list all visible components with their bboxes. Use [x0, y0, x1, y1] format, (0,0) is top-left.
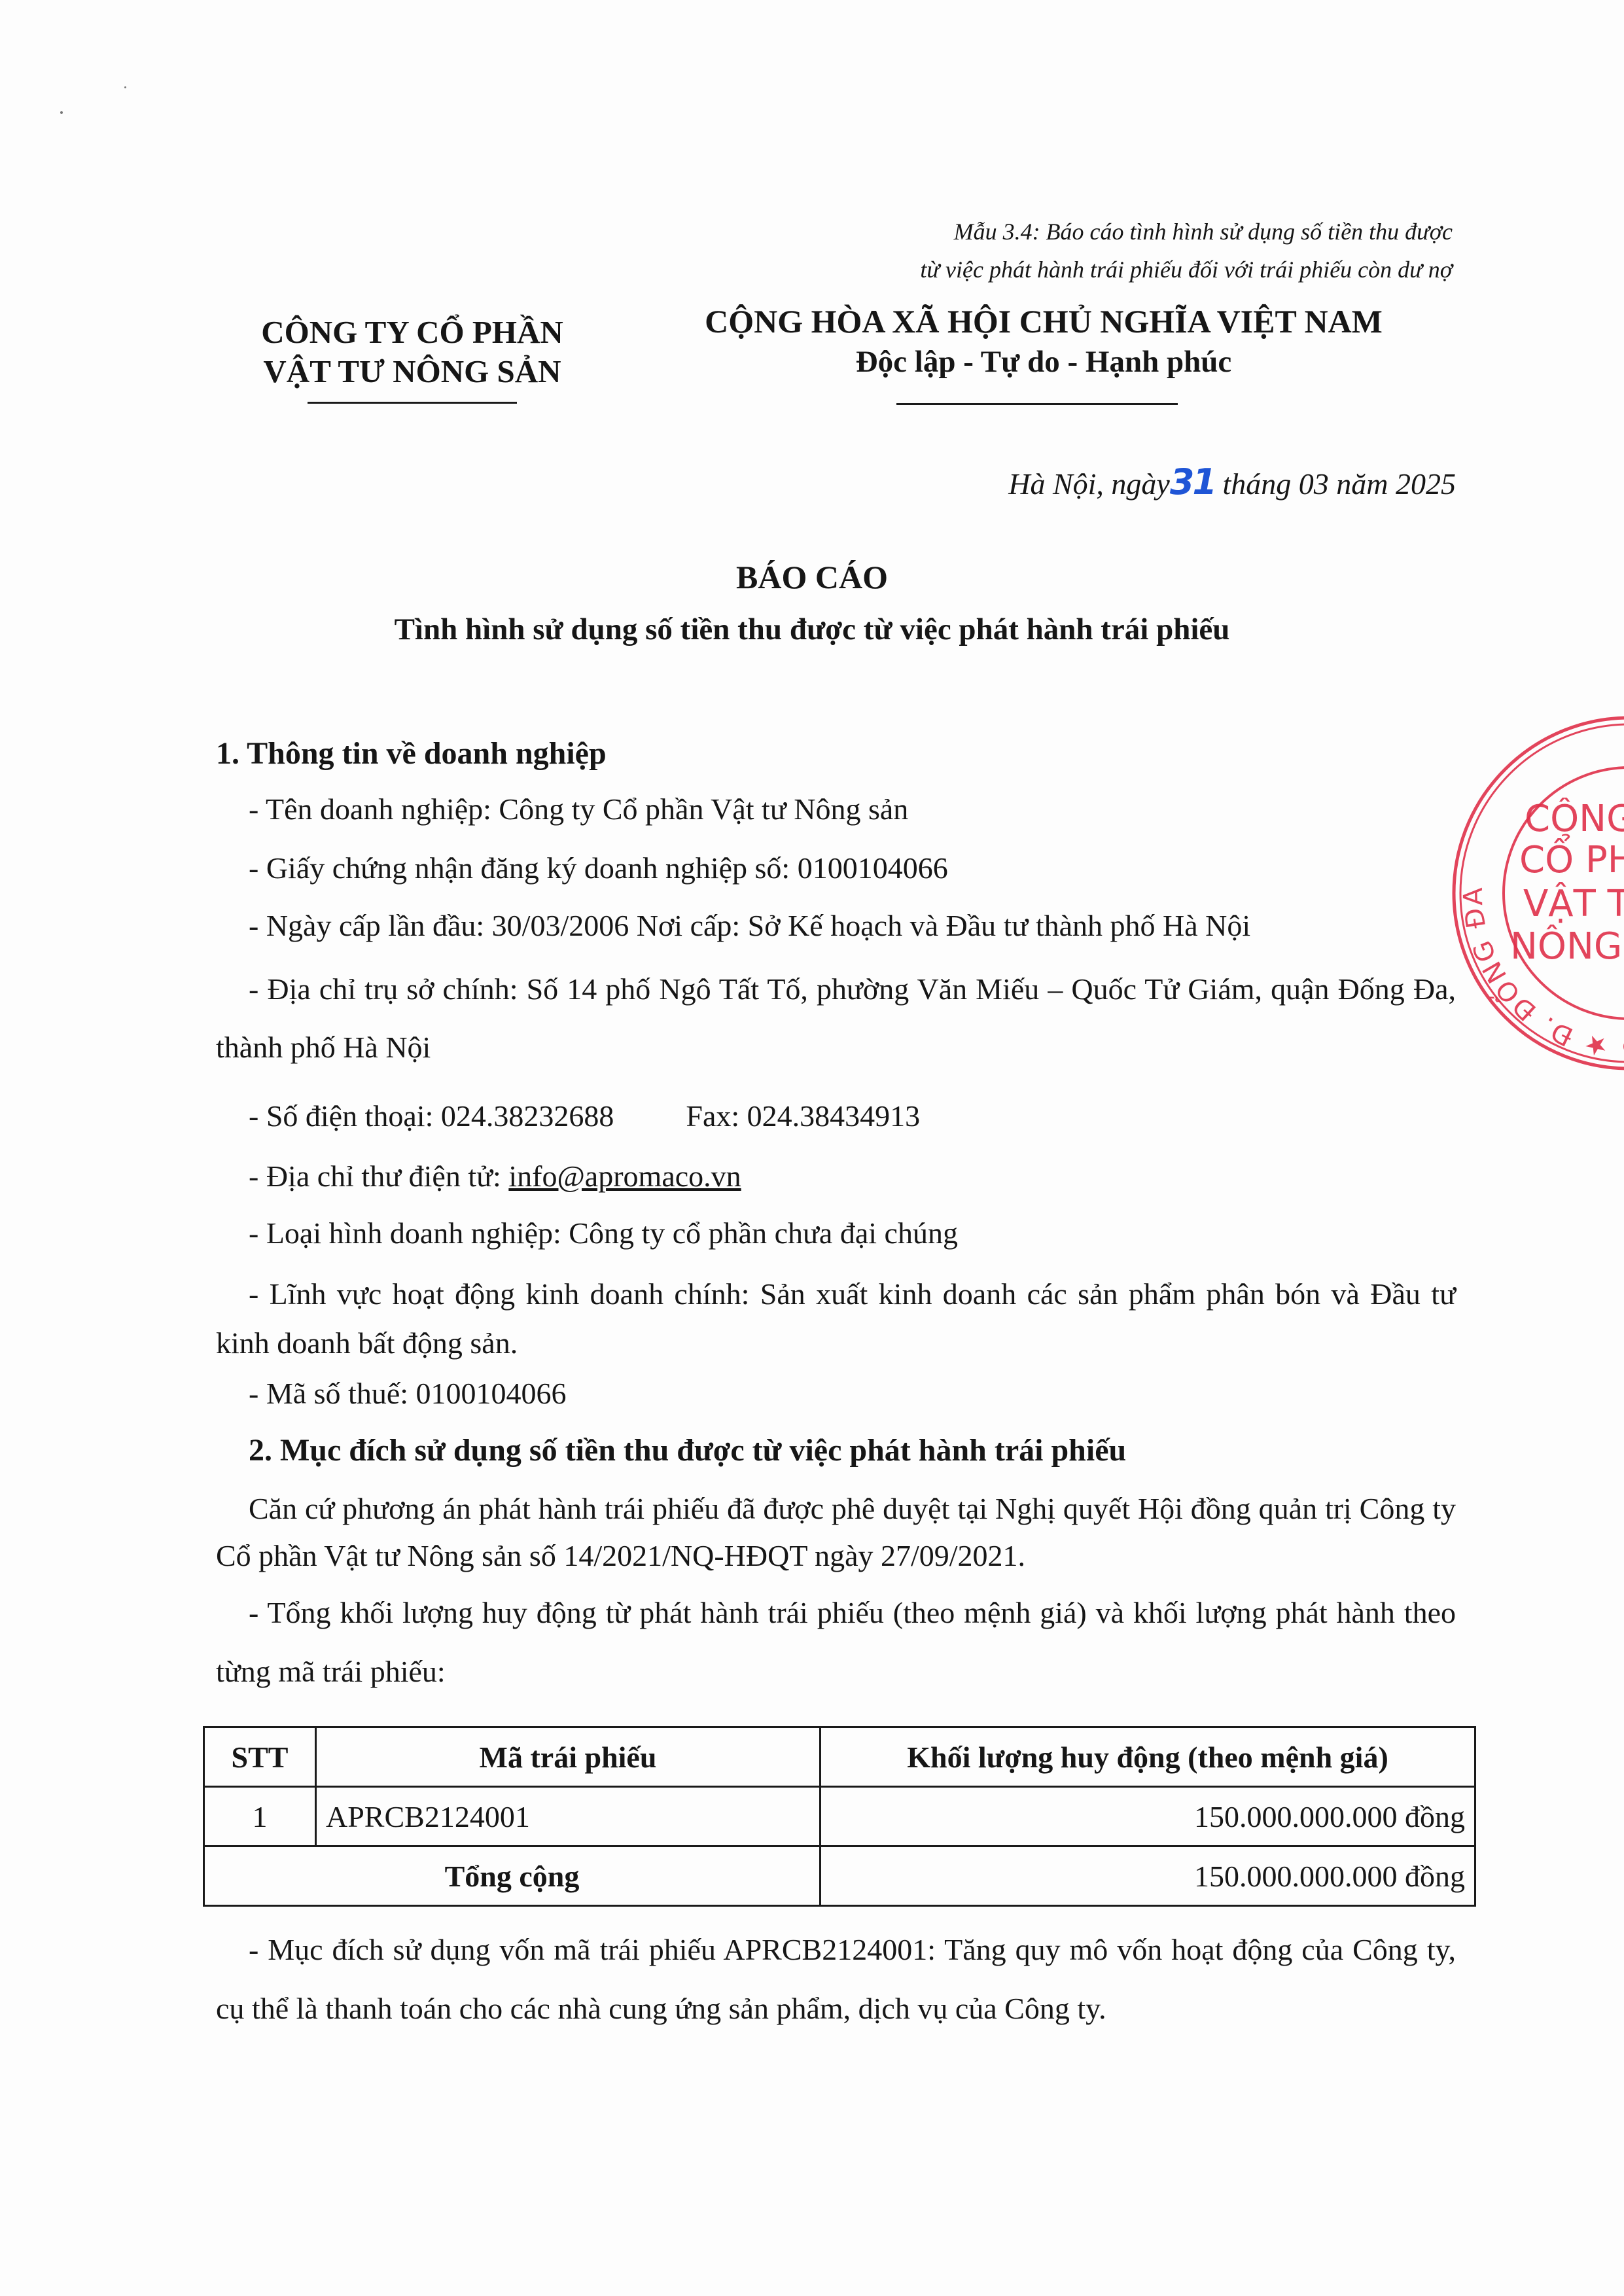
first-issued: - Ngày cấp lần đầu: 30/03/2006 Nơi cấp: …: [216, 906, 1456, 945]
head-office-address: - Địa chỉ trụ sở chính: Số 14 phố Ngô Tấ…: [216, 960, 1456, 1076]
issuer-header-line-1: CÔNG TY CỔ PHẦN: [216, 313, 609, 352]
handwritten-day: 31: [1170, 461, 1215, 503]
phone-number: - Số điện thoại: 024.38232688: [249, 1099, 614, 1133]
scan-speck: [124, 86, 126, 88]
column-header-stt: STT: [204, 1727, 316, 1787]
email-label: - Địa chỉ thư điện tử:: [249, 1159, 508, 1193]
stamp-line-2: CỔ PHẦN: [1519, 834, 1624, 881]
report-subtitle: Tình hình sử dụng số tiền thu được từ vi…: [0, 612, 1624, 647]
issuer-header-underline: [308, 402, 517, 404]
total-label: Tổng cộng: [204, 1846, 821, 1906]
column-header-amount: Khối lượng huy động (theo mệnh giá): [821, 1727, 1475, 1787]
stamp-line-3: VẬT TƯ: [1523, 883, 1624, 925]
tax-code: - Mã số thuế: 0100104066: [216, 1374, 1456, 1413]
phone-fax-line: - Số điện thoại: 024.38232688Fax: 024.38…: [216, 1097, 1456, 1136]
date-prefix: Hà Nội, ngày: [1008, 467, 1170, 501]
form-note-line-2: từ việc phát hành trái phiếu đối với trá…: [844, 251, 1453, 289]
email-line: - Địa chỉ thư điện tử: info@apromaco.vn: [216, 1157, 1456, 1196]
national-header: CỘNG HÒA XÃ HỘI CHỦ NGHĨA VIỆT NAM Độc l…: [661, 301, 1426, 382]
cell-stt: 1: [204, 1787, 316, 1846]
total-volume-intro: - Tổng khối lượng huy động từ phát hành …: [216, 1583, 1456, 1701]
issuer-header-line-2: VẬT TƯ NÔNG SẢN: [216, 352, 609, 391]
section-1-heading: 1. Thông tin về doanh nghiệp: [216, 734, 1456, 773]
capital-purpose: - Mục đích sử dụng vốn mã trái phiếu APR…: [216, 1920, 1456, 2038]
email-link[interactable]: info@apromaco.vn: [508, 1159, 741, 1193]
total-amount: 150.000.000.000 đồng: [821, 1846, 1475, 1906]
issuance-basis: Căn cứ phương án phát hành trái phiếu đã…: [216, 1485, 1456, 1580]
table-row: 1 APRCB2124001 150.000.000.000 đồng: [204, 1787, 1475, 1846]
form-template-note: Mẫu 3.4: Báo cáo tình hình sử dụng số ti…: [844, 213, 1453, 289]
column-header-bond-code: Mã trái phiếu: [316, 1727, 821, 1787]
issuer-header: CÔNG TY CỔ PHẦN VẬT TƯ NÔNG SẢN: [216, 313, 609, 391]
fax-number: Fax: 024.38434913: [686, 1099, 920, 1133]
company-name: - Tên doanh nghiệp: Công ty Cổ phần Vật …: [216, 790, 1456, 829]
table-header-row: STT Mã trái phiếu Khối lượng huy động (t…: [204, 1727, 1475, 1787]
cell-amount: 150.000.000.000 đồng: [821, 1787, 1475, 1846]
stamp-line-4: NÔNG SẢN: [1510, 923, 1624, 968]
scan-speck: [60, 111, 63, 114]
form-note-line-1: Mẫu 3.4: Báo cáo tình hình sử dụng số ti…: [844, 213, 1453, 251]
section-2-heading: 2. Mục đích sử dụng số tiền thu được từ …: [216, 1431, 1456, 1470]
business-line: - Lĩnh vực hoạt động kinh doanh chính: S…: [216, 1269, 1456, 1368]
table-total-row: Tổng cộng 150.000.000.000 đồng: [204, 1846, 1475, 1906]
date-suffix: tháng 03 năm 2025: [1215, 467, 1456, 501]
stamp-line-1: CÔNG TY: [1525, 798, 1624, 840]
company-seal-stamp-icon: M.S.D.N:0100104066 ★ Đ. ĐỐNG ĐA - CÔNG T…: [1446, 710, 1624, 1076]
registration-number: - Giấy chứng nhận đăng ký doanh nghiệp s…: [216, 849, 1456, 888]
national-title: CỘNG HÒA XÃ HỘI CHỦ NGHĨA VIỆT NAM: [661, 301, 1426, 342]
date-line: Hà Nội, ngày31 tháng 03 năm 2025: [903, 461, 1456, 503]
company-type: - Loại hình doanh nghiệp: Công ty cổ phầ…: [216, 1214, 1456, 1253]
report-title: BÁO CÁO: [0, 558, 1624, 596]
cell-bond-code: APRCB2124001: [316, 1787, 821, 1846]
national-motto: Độc lập - Tự do - Hạnh phúc: [661, 342, 1426, 382]
national-motto-underline: [896, 403, 1178, 405]
bond-table: STT Mã trái phiếu Khối lượng huy động (t…: [203, 1726, 1476, 1907]
